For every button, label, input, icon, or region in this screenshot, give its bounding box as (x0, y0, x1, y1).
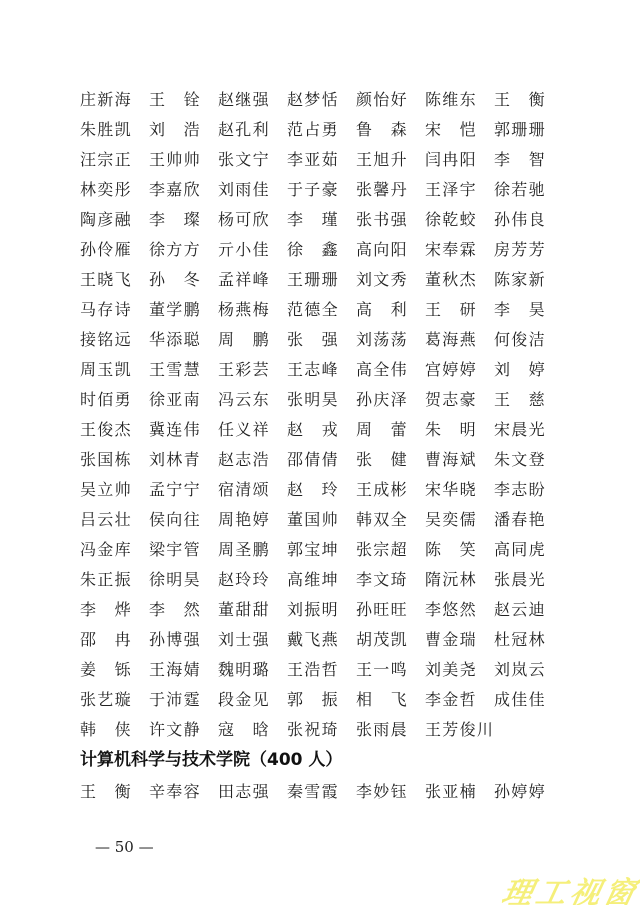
name-entry: 朱文登 (494, 445, 563, 475)
name-entry: 刘文秀 (356, 265, 425, 295)
name-entry: 亓小佳 (218, 235, 287, 265)
name-entry: 王成彬 (356, 475, 425, 505)
name-entry: 寇 晗 (218, 715, 287, 745)
name-entry: 高维坤 (287, 565, 356, 595)
name-entry: 冯云东 (218, 385, 287, 415)
name-row: 孙伶雁徐方方亓小佳徐 鑫高向阳宋奉霖房芳芳 (80, 235, 560, 265)
name-row: 陶彦融李 璨杨可欣李 瑾张书强徐乾蛟孙伟良 (80, 205, 560, 235)
name-entry: 曹金瑞 (425, 625, 494, 655)
name-entry: 时佰勇 (80, 385, 149, 415)
name-row: 接铭远华添聪周 鹏张 强刘荡荡葛海燕何俊洁 (80, 325, 560, 355)
name-entry: 陈维东 (425, 85, 494, 115)
name-entry: 宫婷婷 (425, 355, 494, 385)
name-row: 吕云壮侯向往周艳婷董国帅韩双全吴奕儒潘春艳 (80, 505, 560, 535)
name-entry: 葛海燕 (425, 325, 494, 355)
watermark-logo: 理工视窗 (498, 868, 640, 905)
name-entry: 王 铨 (149, 85, 218, 115)
name-row: 时佰勇徐亚南冯云东张明昊孙庆泽贺志豪王 慈 (80, 385, 560, 415)
name-entry: 张国栋 (80, 445, 149, 475)
name-entry: 宋奉霖 (425, 235, 494, 265)
name-entry: 郭珊珊 (494, 115, 563, 145)
name-entry: 吴立帅 (80, 475, 149, 505)
name-entry: 王帅帅 (149, 145, 218, 175)
name-entry: 李悠然 (425, 595, 494, 625)
name-entry: 孟宁宁 (149, 475, 218, 505)
name-entry: 赵玲玲 (218, 565, 287, 595)
name-entry: 李文琦 (356, 565, 425, 595)
name-entry: 孙婷婷 (494, 776, 563, 807)
name-entry: 徐若驰 (494, 175, 563, 205)
name-entry: 张明昊 (287, 385, 356, 415)
name-entry: 华添聪 (149, 325, 218, 355)
document-page: 庄新海王 铨赵继强赵梦恬颜怡好陈维东王 衡朱胜凯刘 浩赵孔利范占勇鲁 森宋 恺郭… (0, 0, 640, 905)
name-entry: 房芳芳 (494, 235, 563, 265)
name-entry: 田志强 (218, 776, 287, 807)
name-entry: 朱 明 (425, 415, 494, 445)
name-entry: 曹海斌 (425, 445, 494, 475)
name-entry: 李 璨 (149, 205, 218, 235)
section-heading: 计算机科学与技术学院（400 人） (80, 745, 560, 776)
name-entry: 刘振明 (287, 595, 356, 625)
name-entry: 徐方方 (149, 235, 218, 265)
name-entry: 张宗超 (356, 535, 425, 565)
name-entry: 梁宇管 (149, 535, 218, 565)
name-row: 汪宗正王帅帅张文宁李亚茹王旭升闫冉阳李 智 (80, 145, 560, 175)
name-entry: 董甜甜 (218, 595, 287, 625)
name-entry: 王雪慧 (149, 355, 218, 385)
name-entry: 戴飞燕 (287, 625, 356, 655)
name-row: 姜 铄王海婧魏明璐王浩哲王一鸣刘美尧刘岚云 (80, 655, 560, 685)
name-row: 林奕彤李嘉欣刘雨佳于子豪张馨丹王泽宇徐若驰 (80, 175, 560, 205)
name-entry: 任义祥 (218, 415, 287, 445)
section-name-grid: 王 衡辛奉容田志强秦雪霞李妙钰张亚楠孙婷婷 (80, 776, 560, 807)
name-entry: 徐明昊 (149, 565, 218, 595)
name-entry: 邵 冉 (80, 625, 149, 655)
name-entry: 朱胜凯 (80, 115, 149, 145)
name-entry: 何俊洁 (494, 325, 563, 355)
name-entry: 孙伶雁 (80, 235, 149, 265)
name-row: 李 烨李 然董甜甜刘振明孙旺旺李悠然赵云迪 (80, 595, 560, 625)
name-entry: 姜 铄 (80, 655, 149, 685)
name-row: 王晓飞孙 冬孟祥峰王珊珊刘文秀董秋杰陈家新 (80, 265, 560, 295)
name-row: 庄新海王 铨赵继强赵梦恬颜怡好陈维东王 衡 (80, 85, 560, 115)
name-entry: 马存诗 (80, 295, 149, 325)
name-entry: 周玉凯 (80, 355, 149, 385)
name-entry: 成佳佳 (494, 685, 563, 715)
name-entry: 王芳俊川 (425, 715, 494, 745)
name-entry: 王海婧 (149, 655, 218, 685)
name-entry: 孙博强 (149, 625, 218, 655)
name-entry: 于子豪 (287, 175, 356, 205)
name-entry: 周 蕾 (356, 415, 425, 445)
name-row: 冯金库梁宇管周圣鹏郭宝坤张宗超陈 笑高同虎 (80, 535, 560, 565)
name-entry: 颜怡好 (356, 85, 425, 115)
name-entry: 潘春艳 (494, 505, 563, 535)
name-entry: 李 智 (494, 145, 563, 175)
name-entry: 隋沅林 (425, 565, 494, 595)
name-entry: 王旭升 (356, 145, 425, 175)
name-entry: 范德全 (287, 295, 356, 325)
name-entry: 赵云迪 (494, 595, 563, 625)
name-row: 王 衡辛奉容田志强秦雪霞李妙钰张亚楠孙婷婷 (80, 776, 560, 807)
name-entry: 赵继强 (218, 85, 287, 115)
name-entry: 王彩芸 (218, 355, 287, 385)
name-entry: 郭宝坤 (287, 535, 356, 565)
name-entry: 辛奉容 (149, 776, 218, 807)
name-entry: 王 研 (425, 295, 494, 325)
name-entry: 李亚茹 (287, 145, 356, 175)
name-entry: 郭 振 (287, 685, 356, 715)
name-entry: 李 然 (149, 595, 218, 625)
name-entry: 刘士强 (218, 625, 287, 655)
name-entry: 冀连伟 (149, 415, 218, 445)
name-entry: 李嘉欣 (149, 175, 218, 205)
name-entry: 王一鸣 (356, 655, 425, 685)
name-row: 朱胜凯刘 浩赵孔利范占勇鲁 森宋 恺郭珊珊 (80, 115, 560, 145)
name-entry: 孙旺旺 (356, 595, 425, 625)
name-entry: 刘岚云 (494, 655, 563, 685)
name-entry: 宋晨光 (494, 415, 563, 445)
name-row: 吴立帅孟宁宁宿清颂赵 玲王成彬宋华晓李志盼 (80, 475, 560, 505)
name-entry: 王 衡 (494, 85, 563, 115)
page-number: — 50 — (95, 838, 154, 856)
name-entry: 刘荡荡 (356, 325, 425, 355)
name-entry: 宋 恺 (425, 115, 494, 145)
name-entry: 陈家新 (494, 265, 563, 295)
name-entry: 段金见 (218, 685, 287, 715)
name-entry: 刘 浩 (149, 115, 218, 145)
name-entry: 闫冉阳 (425, 145, 494, 175)
name-row: 张艺璇于沛霆段金见郭 振相 飞李金哲成佳佳 (80, 685, 560, 715)
name-entry: 孙 冬 (149, 265, 218, 295)
name-entry: 魏明璐 (218, 655, 287, 685)
name-entry: 张书强 (356, 205, 425, 235)
name-entry: 于沛霆 (149, 685, 218, 715)
name-entry: 高 利 (356, 295, 425, 325)
name-row: 马存诗董学鹏杨燕梅范德全高 利王 研李 昊 (80, 295, 560, 325)
name-entry: 李 瑾 (287, 205, 356, 235)
name-row: 邵 冉孙博强刘士强戴飞燕胡茂凯曹金瑞杜冠林 (80, 625, 560, 655)
name-entry: 许文静 (149, 715, 218, 745)
name-entry: 徐乾蛟 (425, 205, 494, 235)
name-entry: 赵 戎 (287, 415, 356, 445)
name-entry: 张 健 (356, 445, 425, 475)
name-entry: 陶彦融 (80, 205, 149, 235)
name-entry: 秦雪霞 (287, 776, 356, 807)
name-entry: 张文宁 (218, 145, 287, 175)
name-entry: 宋华晓 (425, 475, 494, 505)
name-entry: 孟祥峰 (218, 265, 287, 295)
name-entry: 贺志豪 (425, 385, 494, 415)
name-entry: 王泽宇 (425, 175, 494, 205)
name-entry: 汪宗正 (80, 145, 149, 175)
name-entry: 王 慈 (494, 385, 563, 415)
name-entry: 刘雨佳 (218, 175, 287, 205)
name-entry: 张亚楠 (425, 776, 494, 807)
name-entry: 杨可欣 (218, 205, 287, 235)
name-entry: 宿清颂 (218, 475, 287, 505)
name-entry: 刘 婷 (494, 355, 563, 385)
name-entry: 韩双全 (356, 505, 425, 535)
name-entry: 董学鹏 (149, 295, 218, 325)
name-entry: 王晓飞 (80, 265, 149, 295)
name-entry: 董国帅 (287, 505, 356, 535)
name-entry: 高向阳 (356, 235, 425, 265)
name-list: 庄新海王 铨赵继强赵梦恬颜怡好陈维东王 衡朱胜凯刘 浩赵孔利范占勇鲁 森宋 恺郭… (80, 85, 560, 807)
name-entry: 张雨晨 (356, 715, 425, 745)
name-entry: 胡茂凯 (356, 625, 425, 655)
name-entry: 相 飞 (356, 685, 425, 715)
name-entry: 冯金库 (80, 535, 149, 565)
name-entry: 孙伟良 (494, 205, 563, 235)
name-entry: 吴奕儒 (425, 505, 494, 535)
name-entry: 刘林青 (149, 445, 218, 475)
name-entry: 李 烨 (80, 595, 149, 625)
name-row: 朱正振徐明昊赵玲玲高维坤李文琦隋沅林张晨光 (80, 565, 560, 595)
name-entry: 周圣鹏 (218, 535, 287, 565)
name-entry: 李妙钰 (356, 776, 425, 807)
name-entry: 赵梦恬 (287, 85, 356, 115)
name-entry: 赵 玲 (287, 475, 356, 505)
name-entry: 王珊珊 (287, 265, 356, 295)
name-grid: 庄新海王 铨赵继强赵梦恬颜怡好陈维东王 衡朱胜凯刘 浩赵孔利范占勇鲁 森宋 恺郭… (80, 85, 560, 745)
name-entry: 杨燕梅 (218, 295, 287, 325)
name-entry: 赵孔利 (218, 115, 287, 145)
name-entry: 王浩哲 (287, 655, 356, 685)
name-entry: 庄新海 (80, 85, 149, 115)
name-entry: 侯向往 (149, 505, 218, 535)
name-entry: 王俊杰 (80, 415, 149, 445)
name-entry: 徐 鑫 (287, 235, 356, 265)
name-entry: 邵倩倩 (287, 445, 356, 475)
name-entry: 张 强 (287, 325, 356, 355)
name-entry: 接铭远 (80, 325, 149, 355)
name-entry: 林奕彤 (80, 175, 149, 205)
name-row: 张国栋刘林青赵志浩邵倩倩张 健曹海斌朱文登 (80, 445, 560, 475)
name-entry: 刘美尧 (425, 655, 494, 685)
name-entry: 高同虎 (494, 535, 563, 565)
name-entry: 王 衡 (80, 776, 149, 807)
name-entry: 张晨光 (494, 565, 563, 595)
name-entry: 张艺璇 (80, 685, 149, 715)
name-entry: 李金哲 (425, 685, 494, 715)
name-row: 周玉凯王雪慧王彩芸王志峰高全伟宫婷婷刘 婷 (80, 355, 560, 385)
name-entry: 鲁 森 (356, 115, 425, 145)
name-entry: 李 昊 (494, 295, 563, 325)
name-row: 王俊杰冀连伟任义祥赵 戎周 蕾朱 明宋晨光 (80, 415, 560, 445)
name-row: 韩 侠许文静寇 晗张祝琦张雨晨王芳俊川 (80, 715, 560, 745)
name-entry: 张馨丹 (356, 175, 425, 205)
name-entry: 赵志浩 (218, 445, 287, 475)
name-entry: 吕云壮 (80, 505, 149, 535)
name-entry: 陈 笑 (425, 535, 494, 565)
name-entry: 周艳婷 (218, 505, 287, 535)
name-entry: 韩 侠 (80, 715, 149, 745)
name-entry: 朱正振 (80, 565, 149, 595)
name-entry: 徐亚南 (149, 385, 218, 415)
name-entry: 范占勇 (287, 115, 356, 145)
name-entry: 杜冠林 (494, 625, 563, 655)
name-entry: 李志盼 (494, 475, 563, 505)
name-entry: 高全伟 (356, 355, 425, 385)
name-entry: 董秋杰 (425, 265, 494, 295)
name-entry: 王志峰 (287, 355, 356, 385)
name-entry: 周 鹏 (218, 325, 287, 355)
name-entry: 孙庆泽 (356, 385, 425, 415)
name-entry: 张祝琦 (287, 715, 356, 745)
